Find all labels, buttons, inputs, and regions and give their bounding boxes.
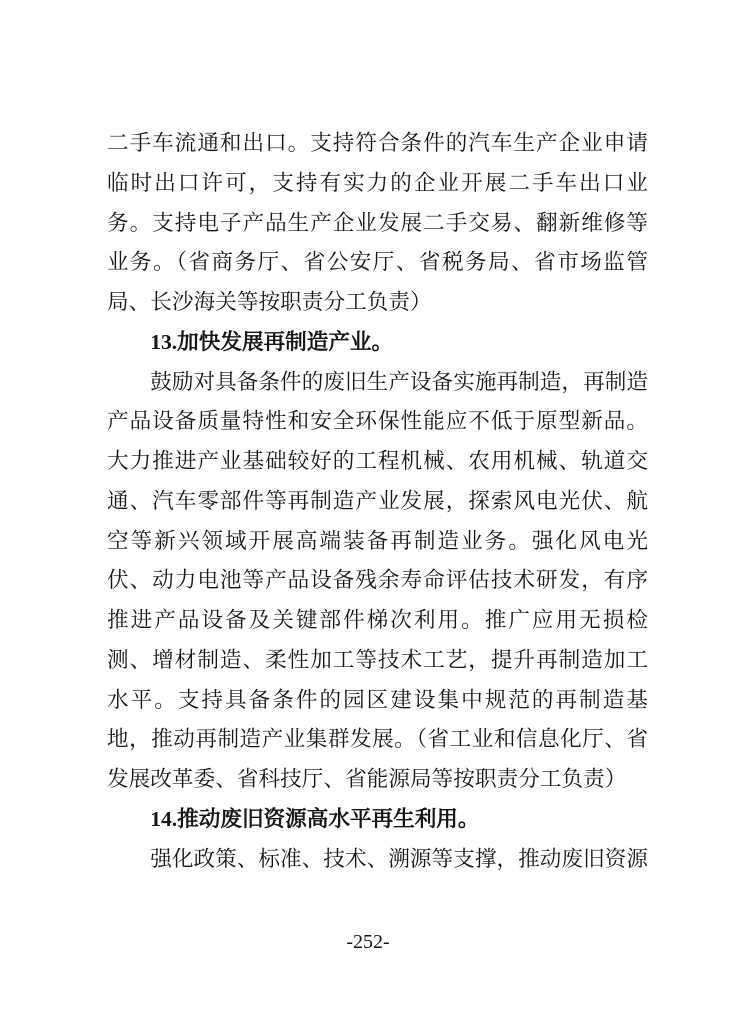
section-heading-13: 13.加快发展再制造产业。 xyxy=(107,323,648,363)
section-heading-14: 14.推动废旧资源高水平再生利用。 xyxy=(107,800,648,840)
page-number: -252- xyxy=(0,930,736,954)
paragraph-14-body: 强化政策、标准、技术、溯源等支撑，推动废旧资源 xyxy=(107,840,648,880)
paragraph-12-continuation: 二手车流通和出口。支持符合条件的汽车生产企业申请临时出口许可，支持有实力的企业开… xyxy=(107,124,648,323)
paragraph-13-body: 鼓励对具备条件的废旧生产设备实施再制造，再制造产品设备质量特性和安全环保性能应不… xyxy=(107,363,648,800)
document-body: 二手车流通和出口。支持符合条件的汽车生产企业申请临时出口许可，支持有实力的企业开… xyxy=(107,124,648,879)
document-page: 二手车流通和出口。支持符合条件的汽车生产企业申请临时出口许可，支持有实力的企业开… xyxy=(0,0,736,1009)
